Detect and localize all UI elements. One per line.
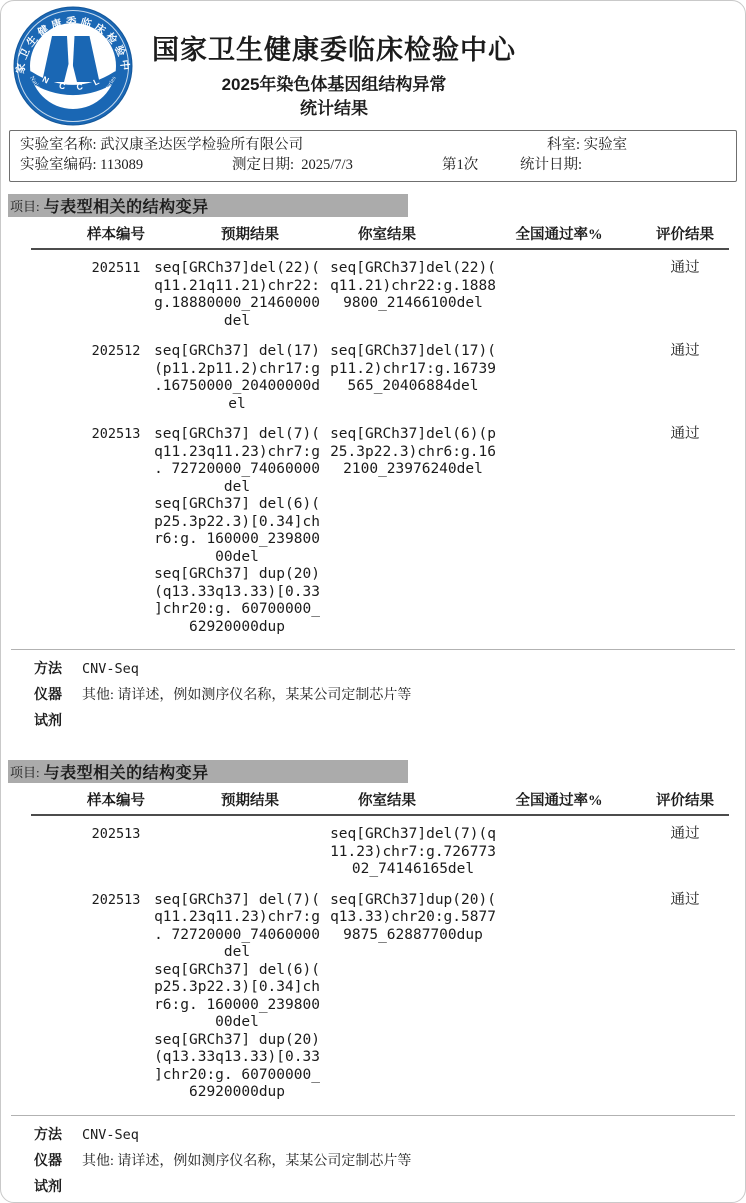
method-label: 方法 (34, 1124, 82, 1144)
test-date-value: 2025/7/3 (301, 157, 353, 173)
table-row: 202513 seq[GRCh37] del(7)( q11.23q11.23)… (1, 892, 745, 1102)
expected-result-cell: seq[GRCh37] del(7)( q11.23q11.23)chr7:g … (151, 892, 323, 1102)
method-label: 方法 (34, 658, 82, 678)
method-value: CNV-Seq (82, 1127, 139, 1143)
method-block: 方法 CNV-Seq 仪器 其他: 请详述，例如测序仪名称，某某公司定制芯片等 … (34, 1124, 745, 1202)
sample-id-cell: 202513 (31, 892, 151, 909)
lab-info-row-2: 实验室编码: 113089 测定日期: 2025/7/3 第1次 统计日期: (20, 155, 726, 175)
lab-code-value: 113089 (100, 157, 143, 173)
table-row: 202511 seq[GRCh37]del(22)( q11.21q11.21)… (1, 260, 745, 330)
table-row: 202512 seq[GRCh37] del(17) (p11.2p11.2)c… (1, 343, 745, 413)
lab-code-label: 实验室编码: (20, 157, 97, 173)
dept-group: 科室: 实验室 (547, 135, 627, 155)
report-header: N C C L 国家卫生健康委临床检验中心 National Center fo… (1, 1, 745, 127)
reagent-row: 试剂 (34, 1176, 745, 1202)
report-page: N C C L 国家卫生健康委临床检验中心 National Center fo… (0, 0, 746, 1203)
col-header-pass-rate: 全国通过率% (503, 223, 615, 244)
reagent-label: 试剂 (34, 710, 82, 730)
table-body: 202513 seq[GRCh37]del(7)(q 11.23)chr7:g.… (1, 816, 745, 1102)
test-date-group: 测定日期: 2025/7/3 (232, 155, 353, 175)
table-row: 202513 seq[GRCh37]del(7)(q 11.23)chr7:g.… (1, 826, 745, 879)
nccl-logo-icon: N C C L 国家卫生健康委临床检验中心 National Center fo… (13, 6, 133, 126)
section-title: 与表型相关的结构变异 (44, 760, 209, 783)
section-label: 项目: (8, 196, 44, 215)
col-header-sample: 样本编号 (31, 223, 151, 244)
instrument-row: 仪器 其他: 请详述，例如测序仪名称，某某公司定制芯片等 (34, 684, 745, 710)
expected-result-cell: seq[GRCh37] del(7)( q11.23q11.23)chr7:g … (151, 426, 323, 636)
col-header-pass-rate: 全国通过率% (503, 789, 615, 810)
instrument-value: 其他: 请详述，例如测序仪名称，某某公司定制芯片等 (82, 1150, 411, 1170)
reagent-label: 试剂 (34, 1176, 82, 1196)
instrument-label: 仪器 (34, 684, 82, 704)
evaluation-cell: 通过 (615, 426, 721, 443)
reported-result-cell: seq[GRCh37]dup(20)( q13.33)chr20:g.5877 … (323, 892, 503, 945)
sample-id-cell: 202513 (31, 426, 151, 443)
col-header-reported: 你室结果 (323, 789, 503, 810)
instrument-row: 仪器 其他: 请详述，例如测序仪名称，某某公司定制芯片等 (34, 1150, 745, 1176)
section-label: 项目: (8, 762, 44, 781)
reagent-row: 试剂 (34, 710, 745, 736)
reported-result-cell: seq[GRCh37]del(7)(q 11.23)chr7:g.726773 … (323, 826, 503, 879)
table-header-row: 样本编号 预期结果 你室结果 全国通过率% 评价结果 (1, 217, 745, 248)
evaluation-cell: 通过 (615, 260, 721, 277)
section-footer-divider (11, 649, 735, 650)
reported-result-cell: seq[GRCh37]del(22)( q11.21)chr22:g.1888 … (323, 260, 503, 313)
section-footer-divider (11, 1115, 735, 1116)
col-header-expected: 预期结果 (151, 789, 323, 810)
col-header-sample: 样本编号 (31, 789, 151, 810)
dept-label: 科室: (547, 137, 580, 153)
table-header-row: 样本编号 预期结果 你室结果 全国通过率% 评价结果 (1, 783, 745, 814)
stat-date-label: 统计日期: (520, 157, 582, 173)
instrument-label: 仪器 (34, 1150, 82, 1170)
lab-info-row-1: 实验室名称: 武汉康圣达医学检验所有限公司 科室: 实验室 (20, 135, 726, 155)
instrument-value: 其他: 请详述，例如测序仪名称，某某公司定制芯片等 (82, 684, 411, 704)
reported-result-cell: seq[GRCh37]del(17)( p11.2)chr17:g.16739 … (323, 343, 503, 396)
section-title: 与表型相关的结构变异 (44, 194, 209, 217)
sample-id-cell: 202512 (31, 343, 151, 360)
col-header-evaluation: 评价结果 (615, 789, 721, 810)
col-header-expected: 预期结果 (151, 223, 323, 244)
lab-code-group: 实验室编码: 113089 (20, 155, 143, 175)
table-body: 202511 seq[GRCh37]del(22)( q11.21q11.21)… (1, 250, 745, 636)
sample-id-cell: 202511 (31, 260, 151, 277)
evaluation-cell: 通过 (615, 892, 721, 909)
method-row: 方法 CNV-Seq (34, 658, 745, 684)
col-header-evaluation: 评价结果 (615, 223, 721, 244)
section-header-bar: 项目: 与表型相关的结构变异 (8, 194, 408, 217)
reported-result-cell: seq[GRCh37]del(6)(p 25.3p22.3)chr6:g.16 … (323, 426, 503, 479)
section-header-bar: 项目: 与表型相关的结构变异 (8, 760, 408, 783)
lab-info-box: 实验室名称: 武汉康圣达医学检验所有限公司 科室: 实验室 实验室编码: 113… (9, 130, 737, 182)
method-value: CNV-Seq (82, 661, 139, 677)
results-section-1: 项目: 与表型相关的结构变异 样本编号 预期结果 你室结果 全国通过率% 评价结… (1, 194, 745, 736)
round-badge: 第1次 (442, 155, 478, 175)
dept-value: 实验室 (584, 137, 628, 153)
col-header-reported: 你室结果 (323, 223, 503, 244)
lab-name-label: 实验室名称: (20, 137, 97, 153)
table-row: 202513 seq[GRCh37] del(7)( q11.23q11.23)… (1, 426, 745, 636)
expected-result-cell: seq[GRCh37]del(22)( q11.21q11.21)chr22: … (151, 260, 323, 330)
evaluation-cell: 通过 (615, 343, 721, 360)
method-row: 方法 CNV-Seq (34, 1124, 745, 1150)
method-block: 方法 CNV-Seq 仪器 其他: 请详述，例如测序仪名称，某某公司定制芯片等 … (34, 658, 745, 736)
sample-id-cell: 202513 (31, 826, 151, 843)
results-section-2: 项目: 与表型相关的结构变异 样本编号 预期结果 你室结果 全国通过率% 评价结… (1, 760, 745, 1202)
stat-date-group: 统计日期: (520, 155, 582, 175)
test-date-label: 测定日期: (232, 157, 294, 173)
lab-name-value: 武汉康圣达医学检验所有限公司 (100, 137, 303, 153)
expected-result-cell: seq[GRCh37] del(17) (p11.2p11.2)chr17:g … (151, 343, 323, 413)
evaluation-cell: 通过 (615, 826, 721, 843)
